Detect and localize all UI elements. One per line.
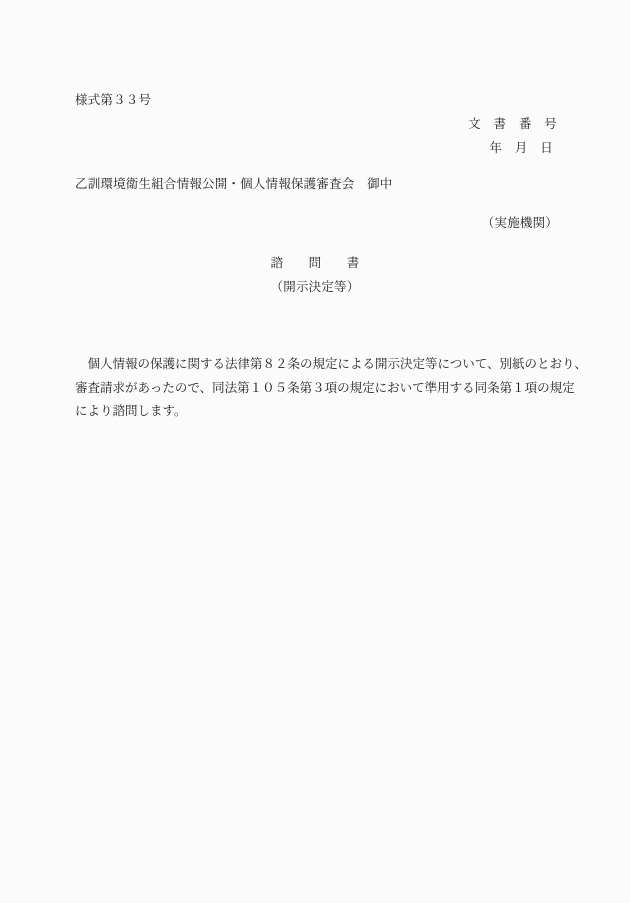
document-number-label: 文 書 番 号 bbox=[468, 116, 557, 131]
body-line-2: 審査請求があったので、同法第１０５条第３項の規定において準用する同条第１項の規定 bbox=[75, 376, 567, 400]
document-title: 諮 問 書 bbox=[0, 255, 630, 270]
body-paragraph: 個人情報の保護に関する法律第８２条の規定による開示決定等について、別紙のとおり、… bbox=[75, 352, 567, 423]
body-line-3: により諮問します。 bbox=[75, 399, 567, 423]
recipient-line: 乙訓環境衛生組合情報公開・個人情報保護審査会 御中 bbox=[75, 176, 393, 191]
date-label: 年 月 日 bbox=[489, 140, 553, 155]
issuing-agency-label: （実施機関） bbox=[482, 215, 558, 230]
document-subtitle: （開示決定等） bbox=[0, 279, 630, 294]
document-page: 様式第３３号 文 書 番 号 年 月 日 乙訓環境衛生組合情報公開・個人情報保護… bbox=[0, 0, 630, 903]
body-line-1: 個人情報の保護に関する法律第８２条の規定による開示決定等について、別紙のとおり、 bbox=[75, 352, 567, 376]
form-number: 様式第３３号 bbox=[75, 92, 151, 107]
